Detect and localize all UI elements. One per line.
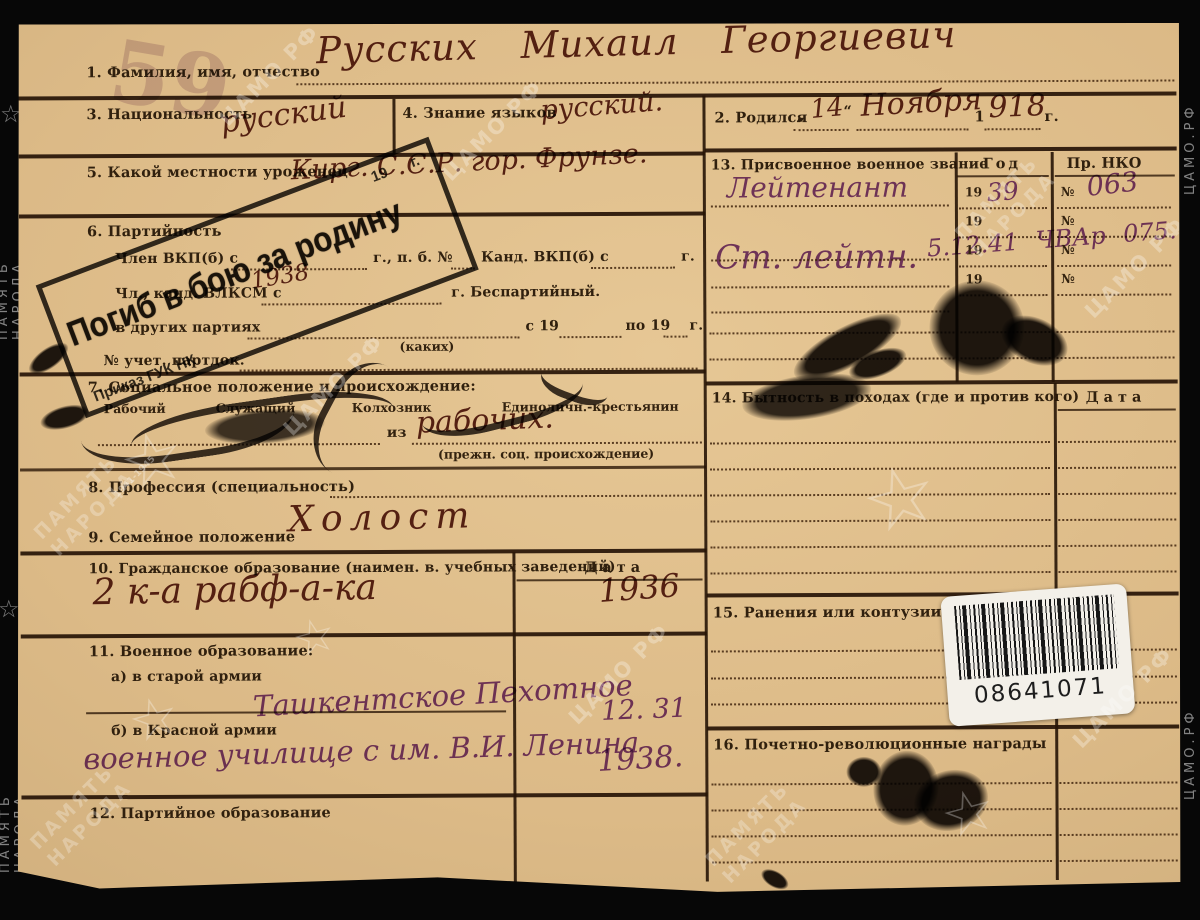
barcode-sticker: 08641071 [940,583,1135,726]
field2-one-label: 1 [974,108,984,126]
field11a-label: а) в старой армии [111,668,262,686]
edge-memory-word1: ПАМЯТЬ [0,160,11,340]
dotted-line [710,465,1050,470]
edge-memory-word1: ПАМЯТЬ [0,688,13,873]
dotted-line [1060,805,1178,810]
field11b-date1-handwritten: 12. 31 [600,693,687,727]
field9-value-handwritten: Холост [288,495,477,540]
field13-num-prefix: № [1061,184,1075,199]
rule [20,549,706,556]
field13-year-prefix: 19 [965,242,982,257]
dotted-line [559,334,621,338]
field13-col-year: Год [983,155,1021,173]
document-paper: 1. Фамилия, имя, отчество Русских Михаил… [14,19,1184,897]
field2-day-handwritten: 14 [809,92,845,125]
dotted-line [794,127,849,131]
rule [21,632,707,639]
dotted-line [1060,857,1178,862]
ink-blot [739,366,874,428]
field6-g2-label: г. [689,318,703,336]
dotted-line [663,334,687,338]
dotted-line [1059,779,1177,784]
field12-label: 12. Партийное образование [90,804,331,823]
dotted-line [1058,464,1176,469]
dotted-line [710,491,1050,496]
edge-star-icon: ☆ [0,595,20,623]
watermark-star-icon: ☆ [851,441,949,555]
field13-row1-year-handwritten: 39 [986,176,1020,207]
field6-cand-label: Канд. ВКП(б) с [481,249,609,267]
kia-stamp-year: 19 г. [369,152,422,186]
dotted-line [857,126,969,130]
rule [21,793,707,800]
field2-close-quote: “ [843,103,852,121]
field2-label: 2. Родился [714,109,807,128]
divider [512,552,516,883]
dotted-line [710,439,1050,444]
field13-year-prefix: 19 [965,213,982,228]
field13-num-prefix: № [1061,242,1075,257]
dotted-line [711,308,949,313]
dotted-line [1058,542,1176,547]
field15-label: 15. Ранения или контузии [713,604,942,623]
dotted-line [1058,568,1176,573]
dotted-line [1057,205,1171,209]
dotted-line [710,517,1050,522]
field6-kakikh-label: (каких) [399,339,454,354]
field14-date-header: Дата [1086,389,1147,407]
field2-g-label: г. [1044,108,1058,126]
field16-label: 16. Почетно-революционные награды [713,735,1046,755]
field10-value-handwritten: 2 к-а рабф-а-ка [92,567,377,613]
field7-note-label: (прежн. соц. происхождение) [438,446,654,462]
dotted-line [1058,438,1176,443]
dotted-line [412,440,702,445]
dotted-line [1058,516,1176,521]
edge-tsamo-label: ЦАМО.РФ [1183,55,1198,195]
dotted-line [710,569,1050,574]
rule [707,724,1179,730]
divider [392,99,395,155]
scanned-document-view: ☆ ПАМЯТЬ НАРОДА ☆ ПАМЯТЬ НАРОДА ЦАМО.РФ … [0,0,1200,920]
field6-s19-label: с 19 [525,318,559,336]
field10-date-handwritten: 1936 [597,566,681,610]
ink-blot [846,757,881,787]
field2-year-handwritten: 918 [988,88,1047,125]
faded-number-stamp: 59 [103,20,238,140]
field13-num-prefix: № [1061,271,1075,286]
field4-label: 4. Знание языков [402,104,556,123]
divider-main [702,96,708,882]
field11b-value1-handwritten: Ташкентское Пехотное [252,668,633,723]
dotted-line [985,126,1041,130]
dotted-line [959,263,1047,267]
kia-stamp-year-prefix: 19 [369,164,391,186]
edge-tsamo-label: ЦАМО.РФ [1183,660,1198,800]
field13-year-prefix: 19 [965,184,982,199]
edge-star-icon: ☆ [0,100,22,128]
edge-text-tsamo: ЦАМО.РФ [1183,660,1198,800]
dotted-line [1057,263,1171,267]
dotted-line [1060,831,1178,836]
dotted-line [1057,292,1171,296]
dotted-line [712,858,1052,863]
field2-open-quote: „ [796,107,805,125]
field6-bespart-label: г. Беспартийный. [451,284,600,302]
field6-g-label: г. [681,249,695,267]
field4-value-handwritten: русский. [539,86,664,126]
kia-stamp-year-suffix: г. [408,152,422,171]
dotted-line [1058,490,1176,495]
watermark-memory-word1: ПАМЯТЬ [701,777,796,872]
field11b-date2-handwritten: 1938. [596,739,684,779]
field11-label: 11. Военное образование: [89,642,314,661]
field9-label: 9. Семейное положение [88,528,295,547]
watermark-memory-word2: НАРОДА [43,777,138,872]
barcode-icon [954,594,1119,680]
field13-row1-rank-handwritten: Лейтенант [727,171,908,205]
dotted-line [959,205,1047,209]
rule [1058,408,1176,411]
field1-value-handwritten: Русских Михаил Георгиевич [316,13,957,72]
dotted-line [712,832,1052,837]
field2-month-handwritten: Ноября [859,82,982,124]
dotted-line [711,202,949,207]
edge-text-tsamo: ЦАМО.РФ [1183,55,1198,195]
dotted-line [711,283,949,288]
dotted-line [296,77,1174,85]
dotted-line [710,543,1050,548]
dotted-line [591,265,675,269]
ink-blot [758,865,792,894]
rule [705,146,1177,152]
field13-row1-num-handwritten: 063 [1085,166,1140,202]
